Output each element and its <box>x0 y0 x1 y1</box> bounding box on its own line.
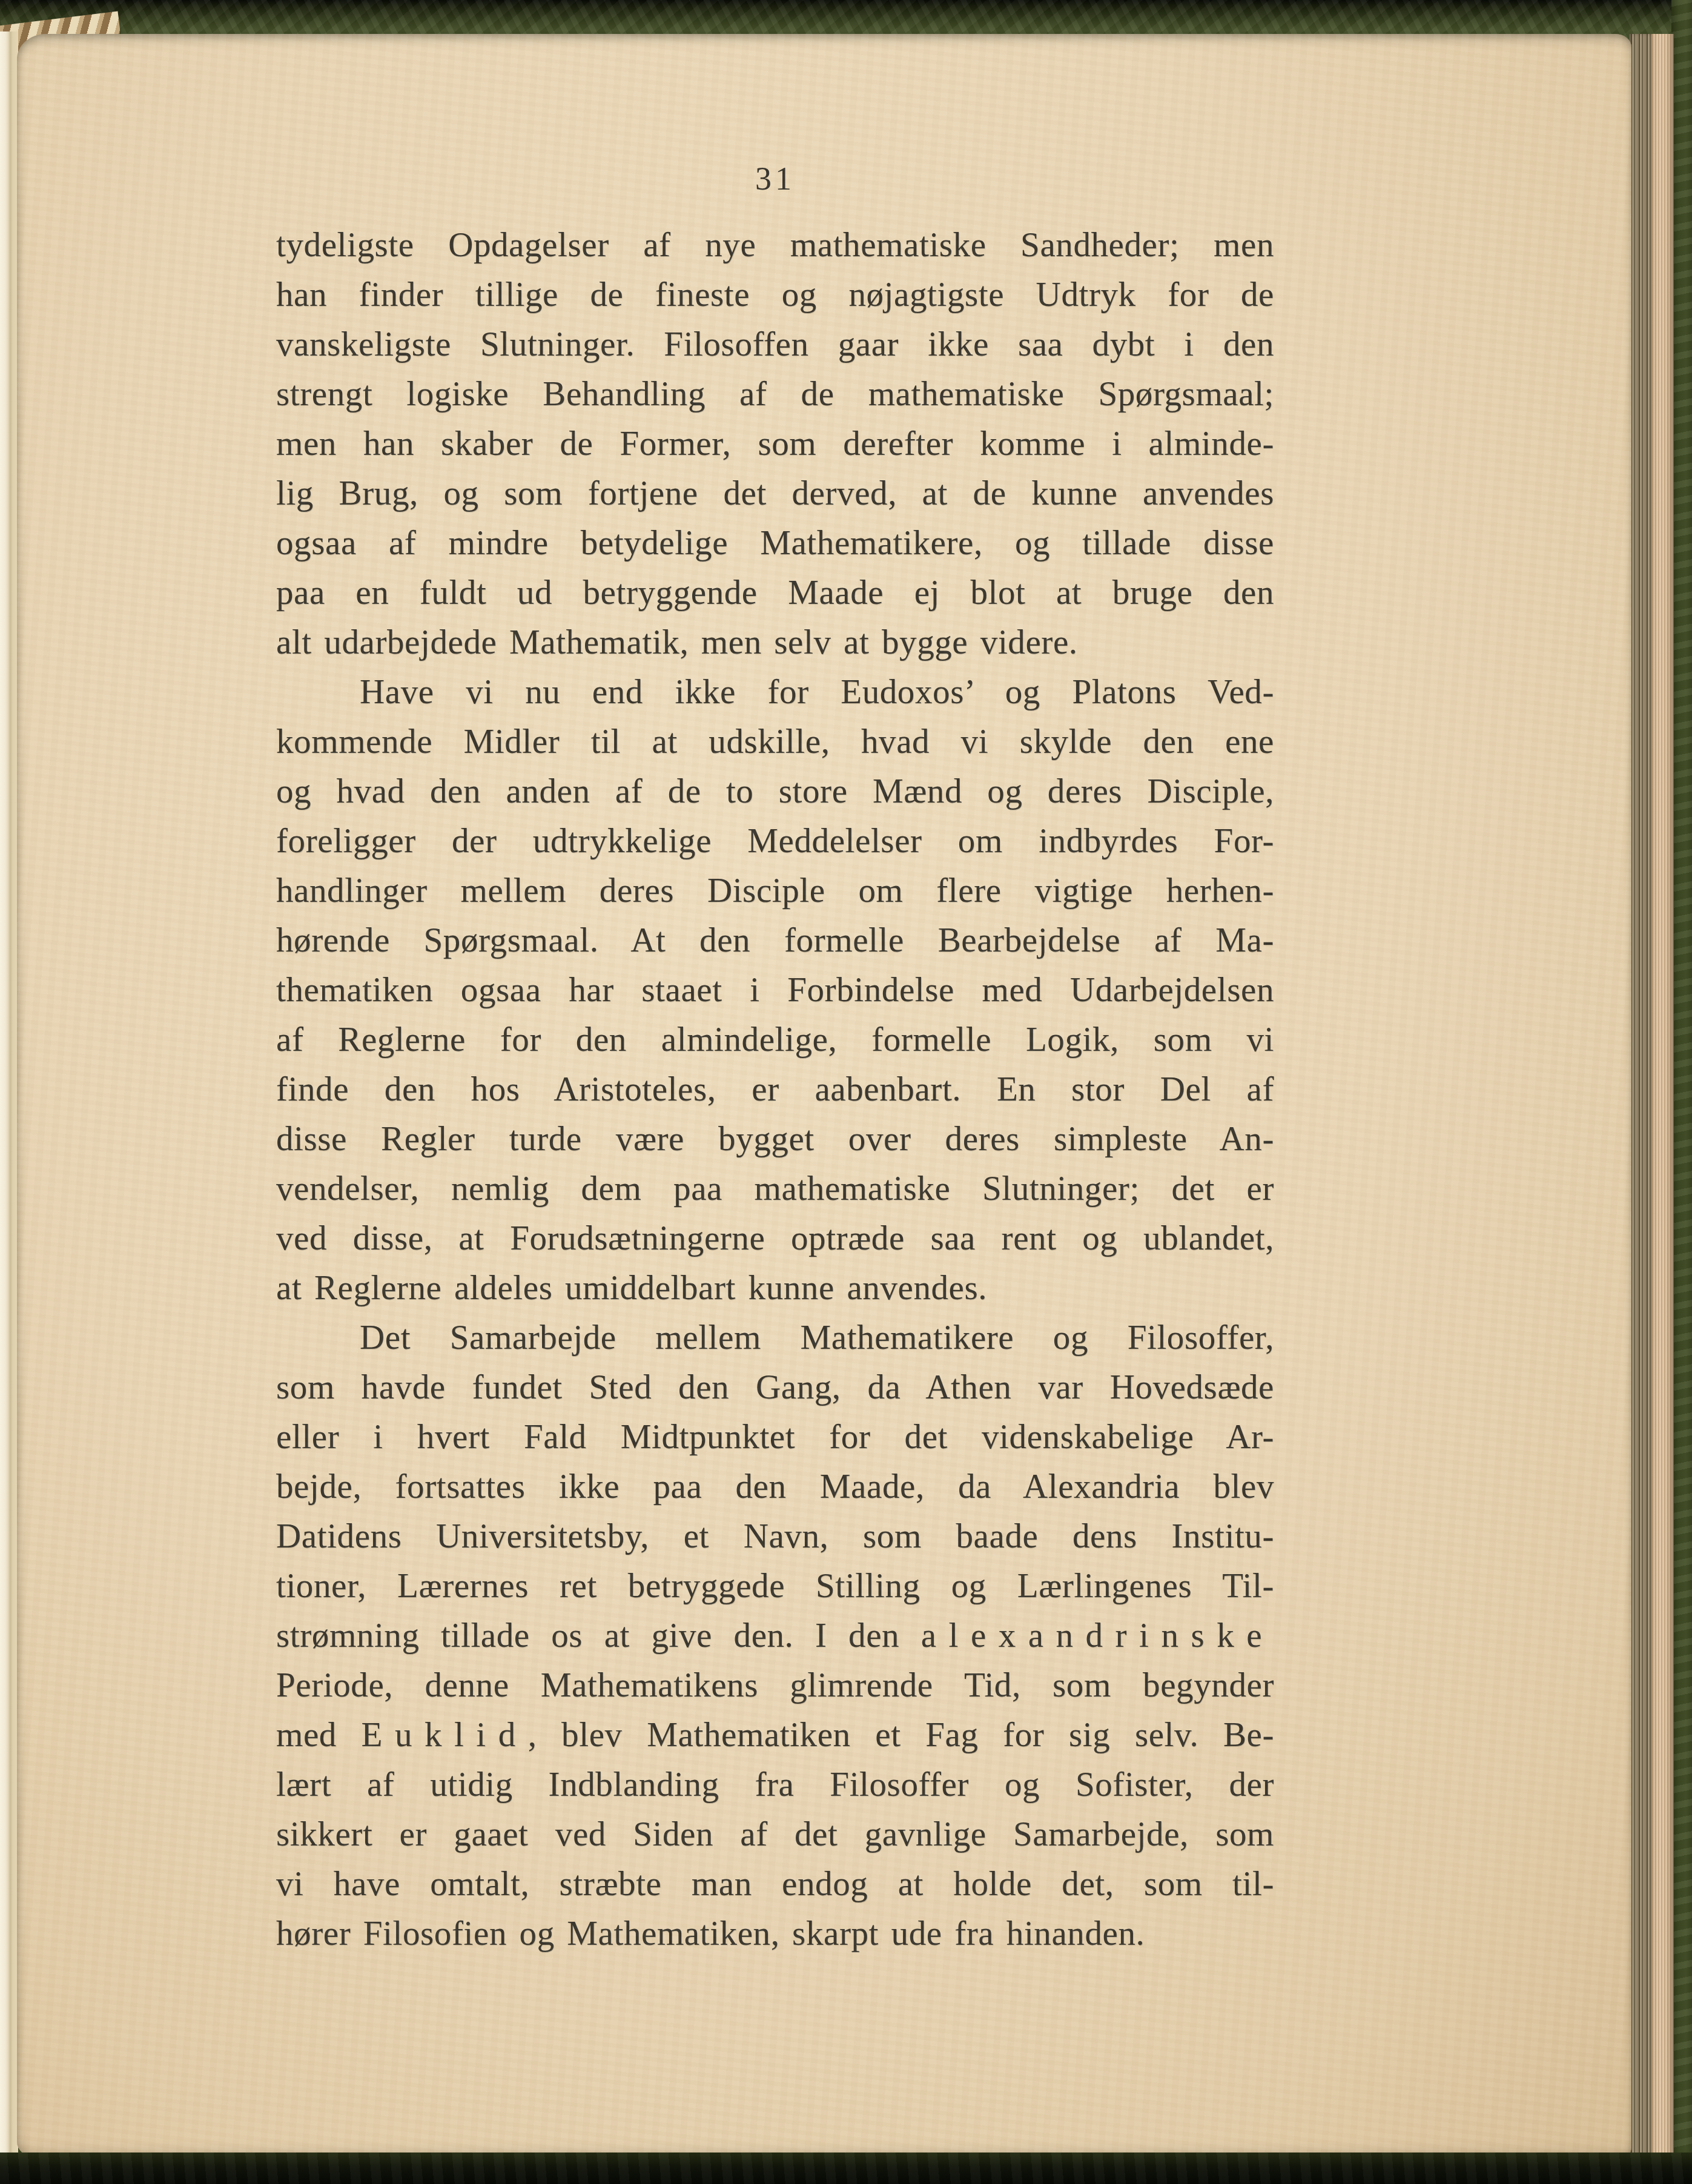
text-line: kommende Midler til at udskille, hvad vi… <box>276 717 1274 767</box>
text-line: at Reglerne aldeles umiddelbart kunne an… <box>276 1263 1274 1313</box>
text-line: vanskeligste Slutninger. Filosoffen gaar… <box>276 320 1274 369</box>
text-line: finde den hos Aristoteles, er aabenbart.… <box>276 1065 1274 1114</box>
book-page: 31 tydeligste Opdagelser af nye mathemat… <box>17 34 1631 2157</box>
text-line: strømning tillade os at give den. I den … <box>276 1611 1274 1661</box>
page-stack-fore-edge <box>1629 34 1652 2160</box>
text-line: Periode, denne Mathematikens glimrende T… <box>276 1661 1274 1710</box>
scanned-book-page-photo: 31 tydeligste Opdagelser af nye mathemat… <box>0 0 1692 2184</box>
text-line: tydeligste Opdagelser af nye mathematisk… <box>276 220 1274 270</box>
text-line: hørende Spørgsmaal. At den formelle Bear… <box>276 916 1274 965</box>
text-segment: , blev Mathematiken et Fag for sig selv.… <box>528 1716 1274 1754</box>
text-line: strengt logiske Behandling af de mathema… <box>276 369 1274 419</box>
text-line: Det Samarbejde mellem Mathematikere og F… <box>276 1313 1274 1363</box>
text-line: som havde fundet Sted den Gang, da Athen… <box>276 1363 1274 1412</box>
page-number: 31 <box>709 160 842 197</box>
text-line: foreligger der udtrykkelige Meddelelser … <box>276 816 1274 866</box>
text-line: med Euklid, blev Mathematiken et Fag for… <box>276 1710 1274 1760</box>
text-line: og hvad den anden af de to store Mænd og… <box>276 767 1274 816</box>
text-line: tioner, Lærernes ret betryggede Stilling… <box>276 1561 1274 1611</box>
text-line: vendelser, nemlig dem paa mathematiske S… <box>276 1164 1274 1214</box>
text-line: han finder tillige de fineste og nøjagti… <box>276 270 1274 320</box>
text-line: thematiken ogsaa har staaet i Forbindels… <box>276 965 1274 1015</box>
text-line: ogsaa af mindre betydelige Mathematikere… <box>276 518 1274 568</box>
text-line: paa en fuldt ud betryggende Maade ej blo… <box>276 568 1274 618</box>
page-stack-gutter-edge <box>0 31 18 2157</box>
text-line: hører Filosofien og Mathematiken, skarpt… <box>276 1909 1274 1959</box>
text-line: handlinger mellem deres Disciple om fler… <box>276 866 1274 916</box>
text-line: af Reglerne for den almindelige, formell… <box>276 1015 1274 1065</box>
text-line: sikkert er gaaet ved Siden af det gavnli… <box>276 1810 1274 1859</box>
text-line: bejde, fortsattes ikke paa den Maade, da… <box>276 1462 1274 1512</box>
text-line: lært af utidig Indblanding fra Filosoffe… <box>276 1760 1274 1810</box>
book-cover-right-edge <box>1671 0 1692 2184</box>
text-segment: med <box>276 1716 362 1754</box>
text-segment: strømning tillade os at give den. I den <box>276 1616 921 1655</box>
text-line: ved disse, at Forudsætningerne optræde s… <box>276 1214 1274 1263</box>
text-line: alt udarbejdede Mathematik, men selv at … <box>276 618 1274 667</box>
page-text-block: tydeligste Opdagelser af nye mathematisk… <box>276 220 1274 1959</box>
text-line: lig Brug, og som fortjene det derved, at… <box>276 469 1274 518</box>
text-line: Have vi nu end ikke for Eudoxos’ og Plat… <box>276 667 1274 717</box>
text-line: disse Regler turde være bygget over dere… <box>276 1114 1274 1164</box>
letterspaced-emphasis-word: alexandrinske <box>921 1616 1274 1655</box>
text-line: vi have omtalt, stræbte man endog at hol… <box>276 1859 1274 1909</box>
page-stack-fore-edge-highlight <box>1652 34 1674 2160</box>
text-line: men han skaber de Former, som derefter k… <box>276 419 1274 469</box>
text-line: eller i hvert Fald Midtpunktet for det v… <box>276 1412 1274 1462</box>
book-cover-bottom-edge <box>0 2153 1692 2184</box>
text-line: Datidens Universitetsby, et Navn, som ba… <box>276 1512 1274 1561</box>
letterspaced-emphasis-word: Euklid <box>362 1716 528 1754</box>
